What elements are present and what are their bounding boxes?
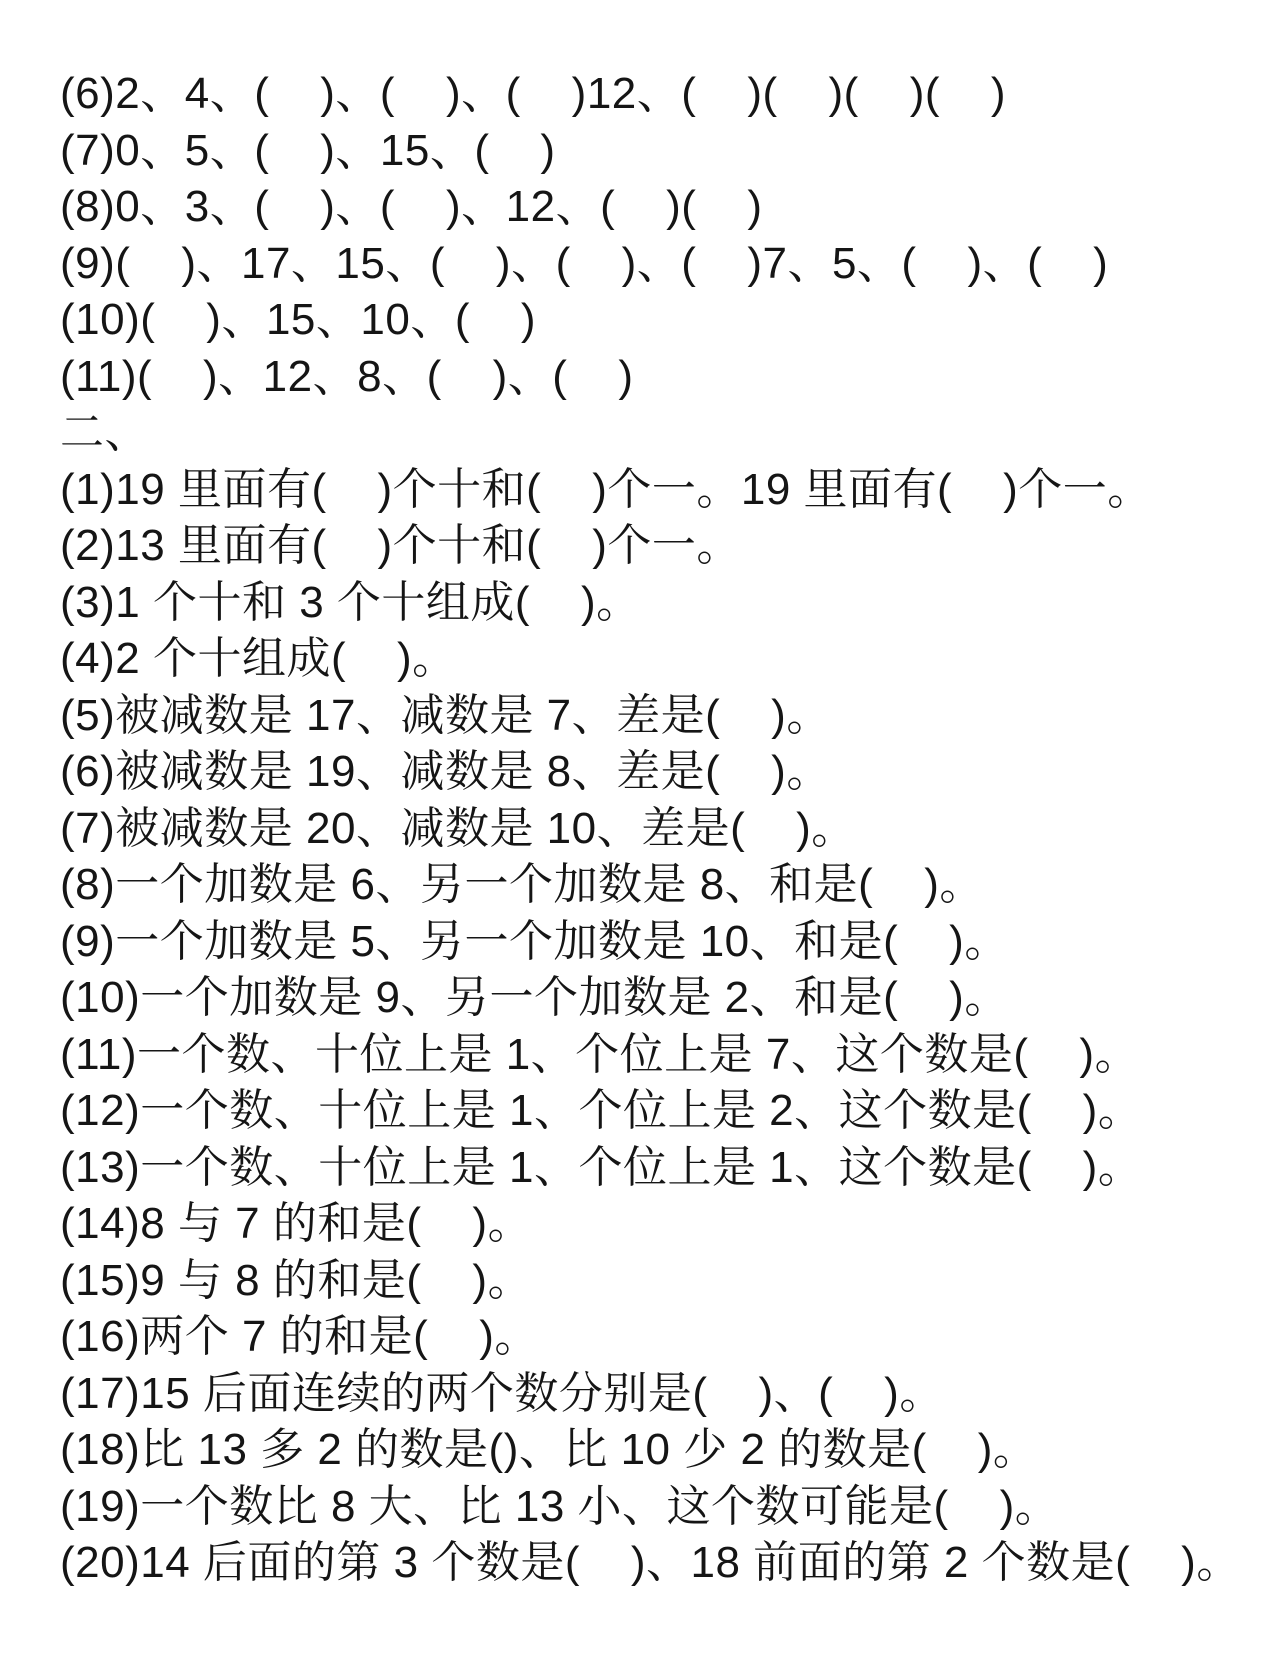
blank-item-16: (16)两个 7 的和是( )。 — [60, 1309, 1262, 1366]
blank-item-8: (8)一个加数是 6、另一个加数是 8、和是( )。 — [60, 857, 1262, 914]
sequence-item-9: (9)( )、17、15、( )、( )、( )7、5、( )、( ) — [60, 236, 1262, 293]
blank-item-12: (12)一个数、十位上是 1、个位上是 2、这个数是( )。 — [60, 1083, 1262, 1140]
blank-item-14: (14)8 与 7 的和是( )。 — [60, 1196, 1262, 1253]
blank-item-3: (3)1 个十和 3 个十组成( )。 — [60, 575, 1262, 632]
fill-in-blank-section: (1)19 里面有( )个十和( )个一。19 里面有( )个一。 (2)13 … — [60, 462, 1262, 1592]
blank-item-15: (15)9 与 8 的和是( )。 — [60, 1253, 1262, 1310]
blank-item-13: (13)一个数、十位上是 1、个位上是 1、这个数是( )。 — [60, 1140, 1262, 1197]
blank-item-10: (10)一个加数是 9、另一个加数是 2、和是( )。 — [60, 970, 1262, 1027]
blank-item-17: (17)15 后面连续的两个数分别是( )、( )。 — [60, 1366, 1262, 1423]
section-two-header: 二、 — [60, 405, 1262, 462]
sequence-item-7: (7)0、5、( )、15、( ) — [60, 123, 1262, 180]
blank-item-20: (20)14 后面的第 3 个数是( )、18 前面的第 2 个数是( )。 — [60, 1535, 1262, 1592]
worksheet-page: (6)2、4、( )、( )、( )12、( )( )( )( ) (7)0、5… — [0, 0, 1280, 1656]
sequence-item-11: (11)( )、12、8、( )、( ) — [60, 349, 1262, 406]
blank-item-7: (7)被减数是 20、减数是 10、差是( )。 — [60, 801, 1262, 858]
blank-item-18: (18)比 13 多 2 的数是()、比 10 少 2 的数是( )。 — [60, 1422, 1262, 1479]
sequence-item-10: (10)( )、15、10、( ) — [60, 292, 1262, 349]
number-sequence-section: (6)2、4、( )、( )、( )12、( )( )( )( ) (7)0、5… — [60, 66, 1262, 405]
blank-item-19: (19)一个数比 8 大、比 13 小、这个数可能是( )。 — [60, 1479, 1262, 1536]
sequence-item-6: (6)2、4、( )、( )、( )12、( )( )( )( ) — [60, 66, 1262, 123]
blank-item-6: (6)被减数是 19、减数是 8、差是( )。 — [60, 744, 1262, 801]
blank-item-2: (2)13 里面有( )个十和( )个一。 — [60, 518, 1262, 575]
blank-item-4: (4)2 个十组成( )。 — [60, 631, 1262, 688]
blank-item-1: (1)19 里面有( )个十和( )个一。19 里面有( )个一。 — [60, 462, 1262, 519]
blank-item-5: (5)被减数是 17、减数是 7、差是( )。 — [60, 688, 1262, 745]
blank-item-11: (11)一个数、十位上是 1、个位上是 7、这个数是( )。 — [60, 1027, 1262, 1084]
blank-item-9: (9)一个加数是 5、另一个加数是 10、和是( )。 — [60, 914, 1262, 971]
sequence-item-8: (8)0、3、( )、( )、12、( )( ) — [60, 179, 1262, 236]
